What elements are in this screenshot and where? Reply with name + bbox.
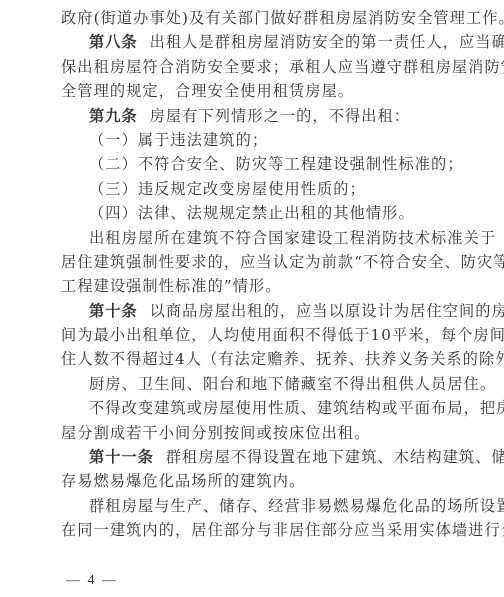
list-item: （四）法律、法规规定禁止出租的其他情形。 [61,201,439,225]
text-line: 住人数不得超过4人（有法定赡养、抚养、扶养义务关系的除外）。 [61,347,437,371]
text-line: 保出租房屋符合消防安全要求；承租人应当遵守群租房屋消防安 [61,55,437,79]
article-heading: 第九条 [89,107,138,125]
text-line: 间为最小出租单位，人均使用面积不得低于10平米，每个房间居 [61,323,437,347]
page-number: — 4 — [66,573,118,589]
text-line: 工程建设强制性标准的”情形。 [61,274,437,298]
text-line: 在同一建筑内的，居住部分与非居住部分应当采用实体墙进行分 [61,518,437,542]
text-line: 群租房屋与生产、储存、经营非易燃易爆危化品的场所设置 [61,494,437,518]
text-line: 厨房、卫生间、阳台和地下储藏室不得出租供人员居住。 [61,372,437,396]
text-line: 屋分割成若干小间分别按间或按床位出租。 [61,421,437,445]
text-line: 居住建筑强制性要求的，应当认定为前款“不符合安全、防灾等 [61,250,437,274]
text-line: 不得改变建筑或房屋使用性质、建筑结构或平面布局，把房 [61,396,437,420]
list-item: （三）违反规定改变房屋使用性质的； [61,177,439,201]
text-line: 存易燃易爆危化品场所的建筑内。 [61,469,437,493]
list-item: （一）属于违法建筑的； [61,128,439,152]
article-heading: 第八条 [89,33,138,51]
article-10-line: 第十条以商品房屋出租的，应当以原设计为居住空间的房 [61,299,437,323]
text-line: 出租房屋所在建筑不符合国家建设工程消防技术标准关于 [61,226,437,250]
article-heading: 第十条 [89,302,138,320]
article-heading: 第十一条 [89,448,154,466]
list-item: （二）不符合安全、防灾等工程建设强制性标准的； [61,152,439,176]
article-11-line: 第十一条群租房屋不得设置在地下建筑、木结构建筑、储 [61,445,437,469]
article-9-line: 第九条房屋有下列情形之一的，不得出租： [61,104,437,128]
article-8-line: 第八条出租人是群租房屋消防安全的第一责任人，应当确 [61,30,437,54]
document-page: 政府(街道办事处)及有关部门做好群租房屋消防安全管理工作。 第八条出租人是群租房… [61,6,439,543]
text-line: 全管理的规定，合理安全使用租赁房屋。 [61,79,437,103]
text-line: 政府(街道办事处)及有关部门做好群租房屋消防安全管理工作。 [61,6,437,30]
